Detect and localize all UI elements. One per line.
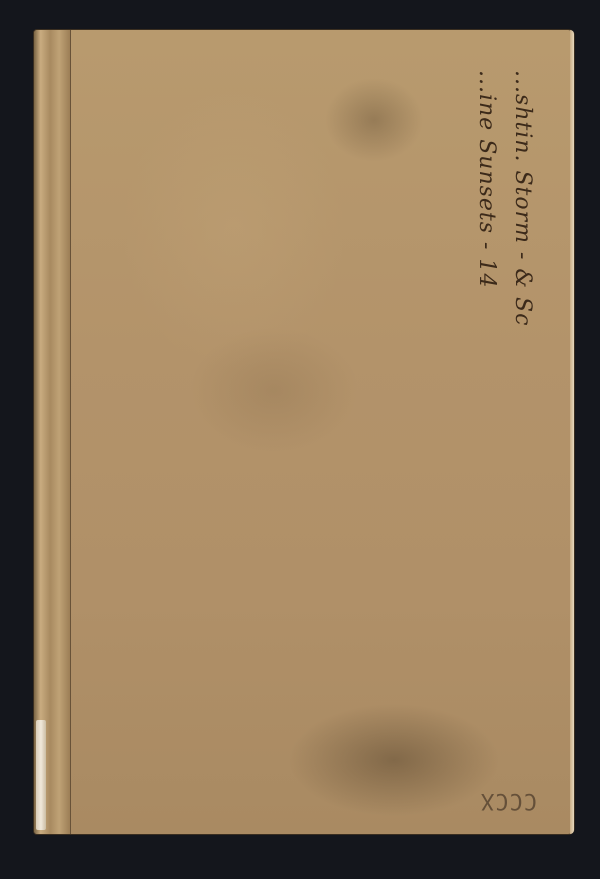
inscription-line-1: ...shtin. Storm - & Sc	[504, 70, 540, 326]
catalog-stamp: CCCX	[480, 788, 537, 813]
handwritten-inscription: ...shtin. Storm - & Sc ...ine Sunsets - …	[468, 70, 540, 326]
inscription-line-2: ...ine Sunsets - 14	[468, 70, 504, 326]
spine-wear-mark	[36, 720, 46, 830]
book-spine	[34, 30, 71, 834]
page-edge	[570, 30, 574, 834]
